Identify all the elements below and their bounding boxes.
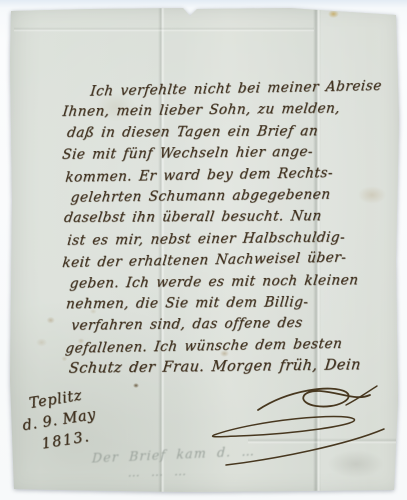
fold-crease-horizontal-top (14, 27, 314, 32)
pencil-annotation-line-2: … … … (127, 464, 188, 480)
handwritten-line: daselbst ihn überall besucht. Nun (63, 206, 386, 230)
dateline-block: Teplitz d. 9. May 1813. (18, 377, 146, 458)
letter-scan: Ich verfehlte nicht bei meiner Abreise I… (0, 0, 407, 500)
paper-wrapper: Ich verfehlte nicht bei meiner Abreise I… (0, 0, 407, 500)
handwritten-line: Ihnen, mein lieber Sohn, zu melden, (61, 98, 383, 123)
paper-sheet: Ich verfehlte nicht bei meiner Abreise I… (0, 0, 407, 500)
letter-body: Ich verfehlte nicht bei meiner Abreise I… (60, 77, 386, 380)
